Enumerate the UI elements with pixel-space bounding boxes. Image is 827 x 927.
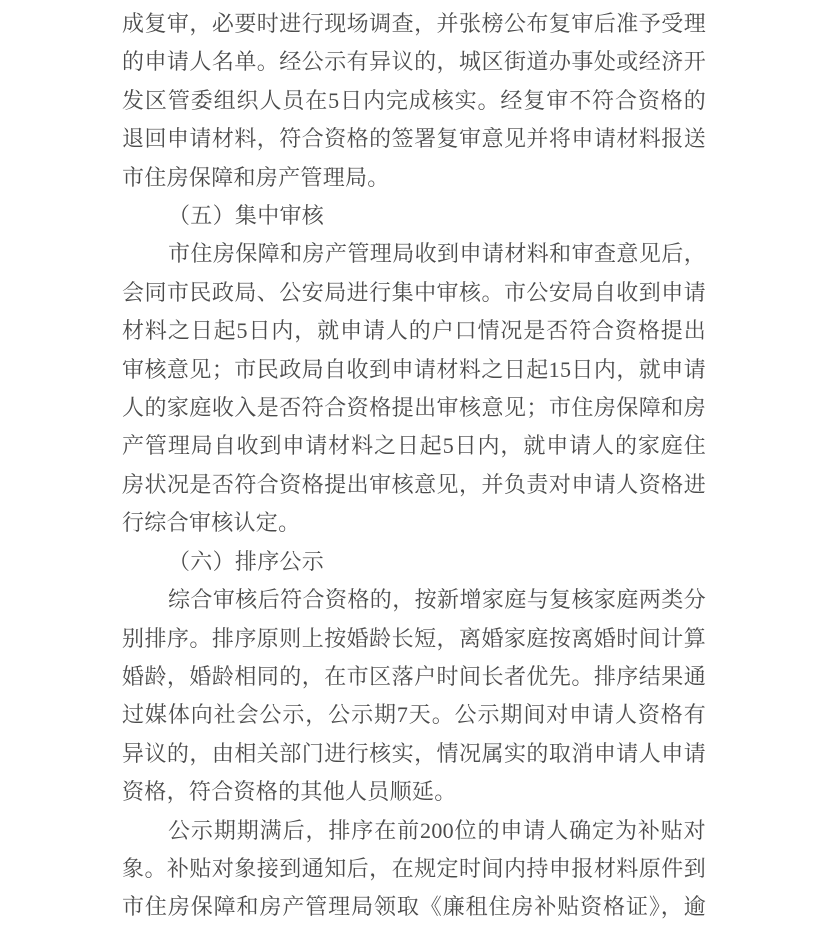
text-line: 的申请人名单。经公示有异议的，城区街道办事处或经济开 <box>122 43 706 81</box>
document-page: 成复审，必要时进行现场调查，并张榜公布复审后准予受理的申请人名单。经公示有异议的… <box>0 0 827 927</box>
text-line: 成复审，必要时进行现场调查，并张榜公布复审后准予受理 <box>122 5 706 43</box>
text-line: 公示期期满后，排序在前200位的申请人确定为补贴对 <box>122 812 706 850</box>
text-line: 别排序。排序原则上按婚龄长短，离婚家庭按离婚时间计算 <box>122 620 706 658</box>
text-line: 象。补贴对象接到通知后，在规定时间内持申报材料原件到 <box>122 850 706 888</box>
text-line: 过媒体向社会公示，公示期7天。公示期间对申请人资格有 <box>122 696 706 734</box>
text-line: 人的家庭收入是否符合资格提出审核意见；市住房保障和房 <box>122 389 706 427</box>
text-line: 材料之日起5日内，就申请人的户口情况是否符合资格提出 <box>122 312 706 350</box>
text-line: 发区管委组织人员在5日内完成核实。经复审不符合资格的 <box>122 82 706 120</box>
text-line: 房状况是否符合资格提出审核意见，并负责对申请人资格进 <box>122 466 706 504</box>
text-line: 行综合审核认定。 <box>122 504 706 542</box>
text-line: 审核意见；市民政局自收到申请材料之日起15日内，就申请 <box>122 351 706 389</box>
text-line: 市住房保障和房产管理局收到申请材料和审查意见后， <box>122 235 706 273</box>
text-line: 会同市民政局、公安局进行集中审核。市公安局自收到申请 <box>122 274 706 312</box>
text-line: 市住房保障和房产管理局领取《廉租住房补贴资格证》，逾 <box>122 888 706 926</box>
text-line: 婚龄，婚龄相同的，在市区落户时间长者优先。排序结果通 <box>122 658 706 696</box>
text-line: 综合审核后符合资格的，按新增家庭与复核家庭两类分 <box>122 581 706 619</box>
document-body: 成复审，必要时进行现场调查，并张榜公布复审后准予受理的申请人名单。经公示有异议的… <box>122 5 706 927</box>
text-line: 市住房保障和房产管理局。 <box>122 159 706 197</box>
text-line: （五）集中审核 <box>122 197 706 235</box>
text-line: （六）排序公示 <box>122 543 706 581</box>
text-line: 资格，符合资格的其他人员顺延。 <box>122 773 706 811</box>
text-line: 产管理局自收到申请材料之日起5日内，就申请人的家庭住 <box>122 427 706 465</box>
text-line: 退回申请材料，符合资格的签署复审意见并将申请材料报送 <box>122 120 706 158</box>
text-line: 异议的，由相关部门进行核实，情况属实的取消申请人申请 <box>122 735 706 773</box>
